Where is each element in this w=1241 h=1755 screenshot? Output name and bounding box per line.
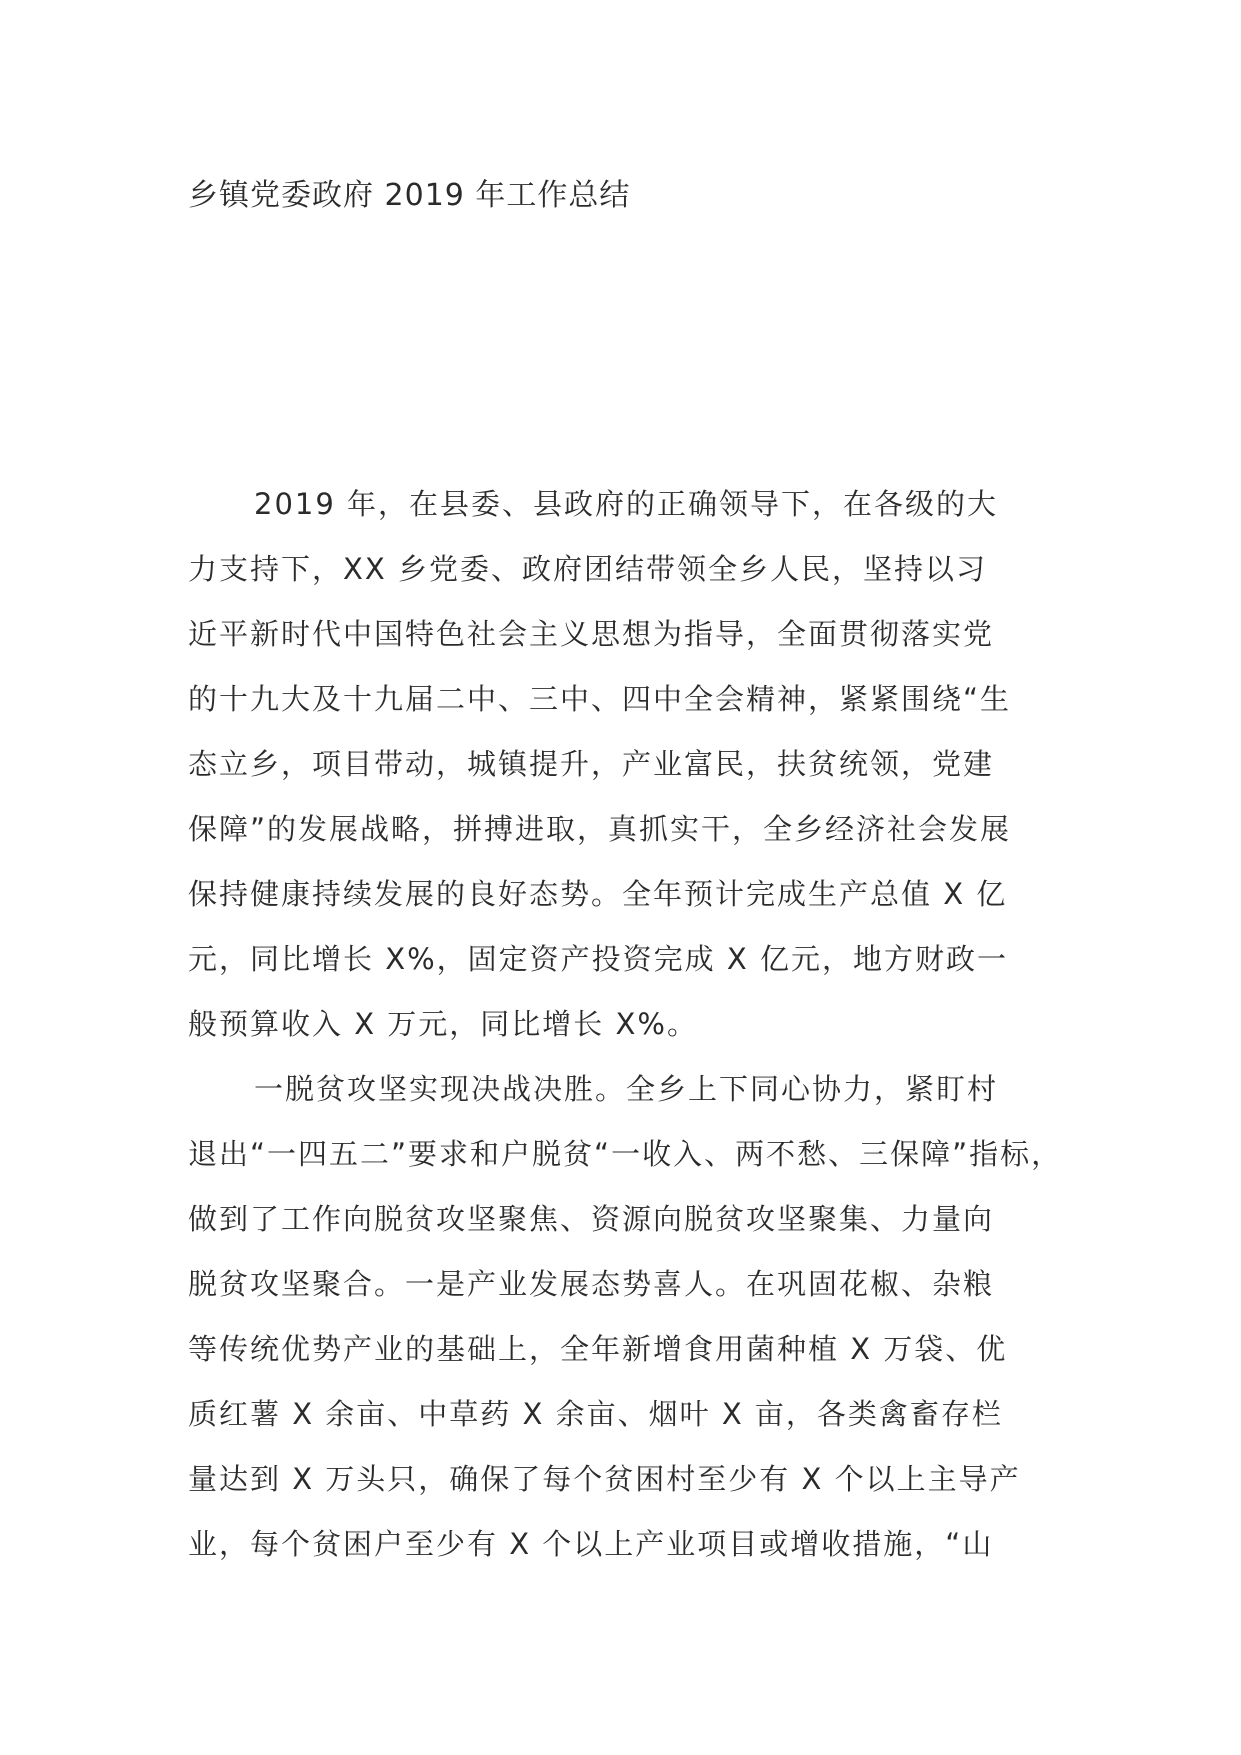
text-line: 一脱贫攻坚实现决战决胜。全乡上下同心协力，紧盯村: [188, 1057, 1068, 1122]
text-line: 保持健康持续发展的良好态势。全年预计完成生产总值 X 亿: [188, 862, 1068, 927]
text-line: 2019 年，在县委、县政府的正确领导下，在各级的大: [188, 472, 1068, 537]
text-line: 质红薯 X 余亩、中草药 X 余亩、烟叶 X 亩，各类禽畜存栏: [188, 1382, 1068, 1447]
text-line: 的十九大及十九届二中、三中、四中全会精神，紧紧围绕“生: [188, 667, 1068, 732]
text-line: 态立乡，项目带动，城镇提升，产业富民，扶贫统领，党建: [188, 732, 1068, 797]
text-line: 力支持下，XX 乡党委、政府团结带领全乡人民，坚持以习: [188, 537, 1068, 602]
paragraph-summary: 2019 年，在县委、县政府的正确领导下，在各级的大 力支持下，XX 乡党委、政…: [188, 472, 1068, 1057]
text-line: 做到了工作向脱贫攻坚聚焦、资源向脱贫攻坚聚集、力量向: [188, 1187, 1068, 1252]
paragraph-poverty-alleviation: 一脱贫攻坚实现决战决胜。全乡上下同心协力，紧盯村 退出“一四五二”要求和户脱贫“…: [188, 1057, 1068, 1577]
text-line: 般预算收入 X 万元，同比增长 X%。: [188, 992, 1068, 1057]
text-line: 脱贫攻坚聚合。一是产业发展态势喜人。在巩固花椒、杂粮: [188, 1252, 1068, 1317]
text-line: 元，同比增长 X%，固定资产投资完成 X 亿元，地方财政一: [188, 927, 1068, 992]
text-line: 保障”的发展战略，拼搏进取，真抓实干，全乡经济社会发展: [188, 797, 1068, 862]
document-title: 乡镇党委政府 2019 年工作总结: [188, 176, 630, 216]
document-page: 乡镇党委政府 2019 年工作总结 2019 年，在县委、县政府的正确领导下，在…: [0, 0, 1241, 1755]
text-line: 业，每个贫困户至少有 X 个以上产业项目或增收措施，“山: [188, 1512, 1068, 1577]
text-line: 近平新时代中国特色社会主义思想为指导，全面贯彻落实党: [188, 602, 1068, 667]
text-line: 量达到 X 万头只，确保了每个贫困村至少有 X 个以上主导产: [188, 1447, 1068, 1512]
text-line: 退出“一四五二”要求和户脱贫“一收入、两不愁、三保障”指标，: [188, 1122, 1068, 1187]
document-body: 2019 年，在县委、县政府的正确领导下，在各级的大 力支持下，XX 乡党委、政…: [188, 472, 1068, 1577]
text-line: 等传统优势产业的基础上，全年新增食用菌种植 X 万袋、优: [188, 1317, 1068, 1382]
